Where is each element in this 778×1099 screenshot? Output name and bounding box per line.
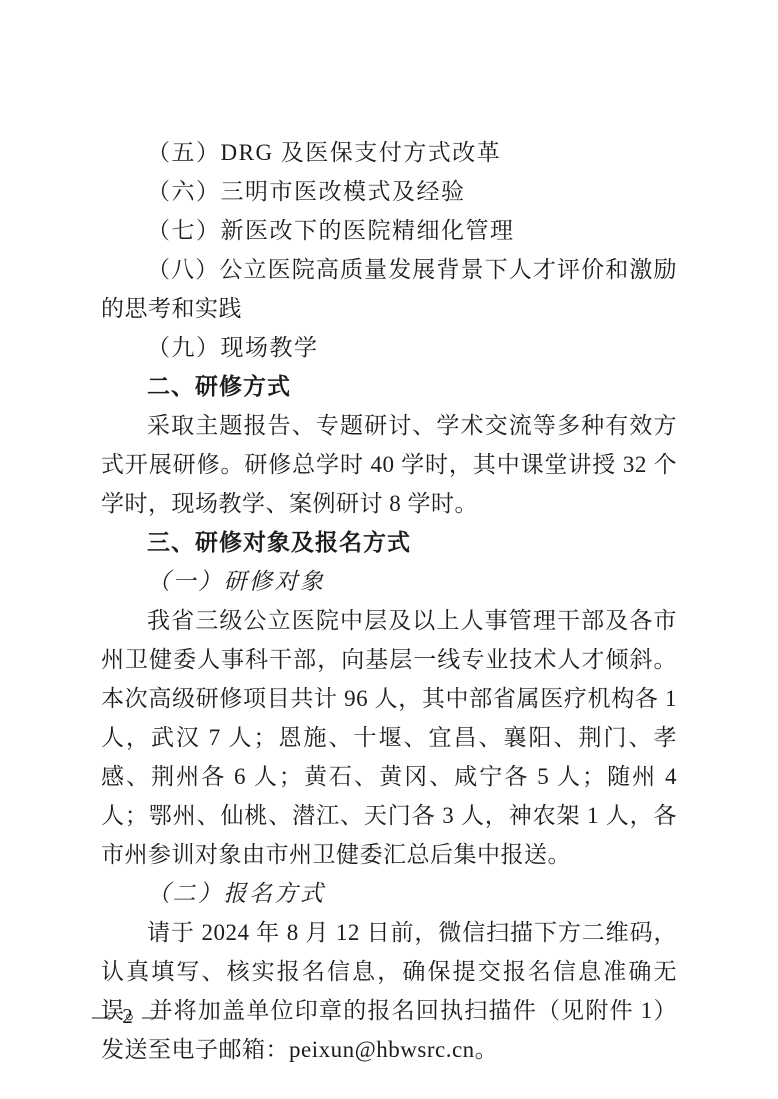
- sub-heading-signup-method: （二）报名方式: [101, 874, 677, 913]
- paragraph-signup-method: 请于 2024 年 8 月 12 日前，微信扫描下方二维码，认真填写、核实报名信…: [101, 913, 677, 1069]
- document-body: （五）DRG 及医保支付方式改革 （六）三明市医改模式及经验 （七）新医改下的医…: [101, 133, 677, 1069]
- paragraph-training-method: 采取主题报告、专题研讨、学术交流等多种有效方式开展研修。研修总学时 40 学时，…: [101, 406, 677, 523]
- agenda-item-9: （九）现场教学: [101, 328, 677, 367]
- document-page: （五）DRG 及医保支付方式改革 （六）三明市医改模式及经验 （七）新医改下的医…: [0, 0, 778, 1099]
- agenda-item-6: （六）三明市医改模式及经验: [101, 172, 677, 211]
- agenda-item-8: （八）公立医院高质量发展背景下人才评价和激励的思考和实践: [101, 250, 677, 328]
- section-heading-training-method: 二、研修方式: [101, 367, 677, 406]
- section-heading-target-and-signup: 三、研修对象及报名方式: [101, 523, 677, 562]
- page-number: — 2 —: [92, 1003, 165, 1029]
- agenda-item-5: （五）DRG 及医保支付方式改革: [101, 133, 677, 172]
- sub-heading-training-target: （一）研修对象: [101, 562, 677, 601]
- agenda-item-7: （七）新医改下的医院精细化管理: [101, 211, 677, 250]
- paragraph-training-target: 我省三级公立医院中层及以上人事管理干部及各市州卫健委人事科干部，向基层一线专业技…: [101, 601, 677, 874]
